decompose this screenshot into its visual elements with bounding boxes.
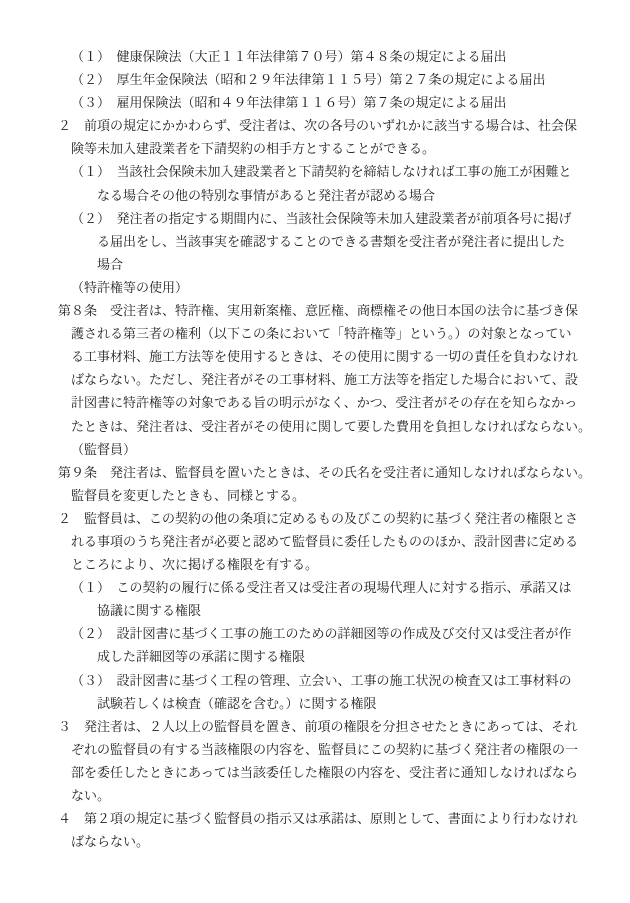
text-line: 第８条 受注者は、特許権、実用新案権、意匠権、商標権その他日本国の法令に基づき保 <box>58 299 610 322</box>
text-line: 成した詳細図等の承諾に関する権限 <box>58 645 610 668</box>
text-line: ない。 <box>58 784 610 807</box>
text-line: 部を委任したときにあっては当該委任した権限の内容を、受注者に通知しなければなら <box>58 761 610 784</box>
text-line: （２） 発注者の指定する期間内に、当該社会保険等未加入建設業者が前項各号に掲げ <box>58 207 610 230</box>
text-line: （監督員） <box>58 438 610 461</box>
document-page: （１） 健康保険法（大正１１年法律第７０号）第４８条の規定による届出（２） 厚生… <box>0 0 630 903</box>
text-line: 協議に関する権限 <box>58 599 610 622</box>
text-line: れる事項のうち発注者が必要と認めて監督員に委任したもののほか、設計図書に定める <box>58 530 610 553</box>
text-line: ３ 発注者は、２人以上の監督員を置き、前項の権限を分担させたときにあっては、それ <box>58 715 610 738</box>
text-line: なる場合その他の特別な事情があると発注者が認める場合 <box>58 184 610 207</box>
text-line: 第９条 発注者は、監督員を置いたときは、その氏名を受注者に通知しなければならない… <box>58 461 610 484</box>
text-line: ばならない。ただし、発注者がその工事材料、施工方法等を指定した場合において、設 <box>58 368 610 391</box>
text-line: ぞれの監督員の有する当該権限の内容を、監督員にこの契約に基づく発注者の権限の一 <box>58 738 610 761</box>
text-line: 計図書に特許権等の対象である旨の明示がなく、かつ、受注者がその存在を知らなかっ <box>58 391 610 414</box>
text-line: 険等未加入建設業者を下請契約の相手方とすることができる。 <box>58 137 610 160</box>
text-line: （３） 設計図書に基づく工程の管理、立会い、工事の施工状況の検査又は工事材料の <box>58 669 610 692</box>
text-line: （１） 健康保険法（大正１１年法律第７０号）第４８条の規定による届出 <box>58 45 610 68</box>
text-line: （特許権等の使用） <box>58 276 610 299</box>
text-line: たときは、発注者は、受注者がその使用に関して要した費用を負担しなければならない。 <box>58 415 610 438</box>
text-line: ４ 第２項の規定に基づく監督員の指示又は承諾は、原則として、書面により行わなけれ <box>58 807 610 830</box>
text-line: る工事材料、施工方法等を使用するときは、その使用に関する一切の責任を負わなけれ <box>58 345 610 368</box>
text-line: ところにより、次に掲げる権限を有する。 <box>58 553 610 576</box>
text-line: る届出をし、当該事実を確認することのできる書類を受注者が発注者に提出した <box>58 230 610 253</box>
text-line: ばならない。 <box>58 830 610 853</box>
text-line: （２） 厚生年金保険法（昭和２９年法律第１１５号）第２７条の規定による届出 <box>58 68 610 91</box>
text-line: 試験若しくは検査（確認を含む。）に関する権限 <box>58 692 610 715</box>
text-line: （３） 雇用保険法（昭和４９年法律第１１６号）第７条の規定による届出 <box>58 91 610 114</box>
text-line: 護される第三者の権利（以下この条において「特許権等」という。）の対象となってい <box>58 322 610 345</box>
text-line: ２ 前項の規定にかかわらず、受注者は、次の各号のいずれかに該当する場合は、社会保 <box>58 114 610 137</box>
text-line: 場合 <box>58 253 610 276</box>
document-body: （１） 健康保険法（大正１１年法律第７０号）第４８条の規定による届出（２） 厚生… <box>58 45 610 853</box>
text-line: （２） 設計図書に基づく工事の施工のための詳細図等の作成及び交付又は受注者が作 <box>58 622 610 645</box>
text-line: （１） この契約の履行に係る受注者又は受注者の現場代理人に対する指示、承諾又は <box>58 576 610 599</box>
text-line: ２ 監督員は、この契約の他の条項に定めるもの及びこの契約に基づく発注者の権限とさ <box>58 507 610 530</box>
text-line: 監督員を変更したときも、同様とする。 <box>58 484 610 507</box>
text-line: （１） 当該社会保険未加入建設業者と下請契約を締結しなければ工事の施工が困難と <box>58 160 610 183</box>
